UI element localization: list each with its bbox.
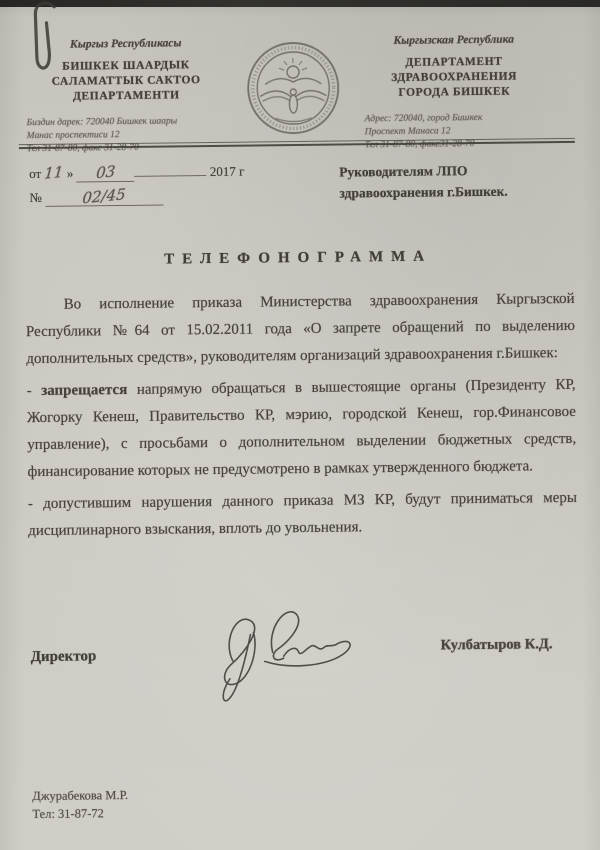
month-underline: 03	[76, 163, 134, 183]
handwritten-number: 02/45	[82, 185, 126, 207]
executor-name: Джурабекова М.Р.	[32, 786, 128, 805]
document-body: Во исполнение приказа Министерства здрав…	[26, 286, 578, 550]
kyrgyz-state-emblem	[243, 39, 344, 136]
country-name-kyrgyz: Кыргыз Республикасы	[22, 37, 230, 51]
body-paragraph-1: Во исполнение приказа Министерства здрав…	[26, 286, 576, 373]
signer-position: Директор	[31, 648, 97, 666]
date-line: от 11 » 03 2017 г	[29, 161, 299, 188]
executor-block: Джурабекова М.Р. Тел: 31-87-72	[32, 786, 128, 823]
scanned-document-page: Кыргыз Республикасы БИШКЕК ШААРДЫК САЛАМ…	[0, 0, 600, 850]
address-russian: Адрес: 720040, город Бишкек Проспект Ман…	[339, 110, 571, 153]
handwritten-month: 03	[95, 162, 115, 182]
address-kyrgyz: Биздин дарек: 720040 Бишкек шаары Манас …	[23, 114, 231, 156]
body-paragraph-3: - допустившим нарушения данного приказа …	[28, 485, 578, 545]
date-quote-mark: »	[67, 166, 74, 181]
addressee-block: Руководителям ЛПО здравоохранения г.Бишк…	[339, 160, 571, 204]
addressee-line2: здравоохранения г.Бишкек.	[339, 181, 571, 205]
number-underline: 02/45	[45, 187, 163, 207]
handwritten-day: 11	[44, 163, 64, 183]
country-name-russian: Кыргызская Республика	[338, 33, 570, 48]
org-name-russian: ДЕПАРТАМЕНТ ЗДРАВООХРАНЕНИЯ ГОРОДА БИШКЕ…	[338, 54, 571, 102]
handwritten-signature	[192, 595, 368, 712]
bold-prohibited-word: запрещается	[41, 382, 127, 399]
number-label: №	[29, 190, 42, 205]
blank-underline	[135, 175, 207, 177]
body-paragraph-2: - запрещается напрямую обращаться в выше…	[27, 372, 577, 486]
reference-block: от 11 » 03 2017 г № 02/45	[29, 161, 300, 212]
header-left-kyrgyz: Кыргыз Республикасы БИШКЕК ШААРДЫК САЛАМ…	[22, 37, 231, 157]
executor-phone: Тел: 31-87-72	[32, 804, 128, 823]
addressee-line1: Руководителям ЛПО	[339, 160, 571, 184]
org-name-kyrgyz: БИШКЕК ШААРДЫК САЛАМАТТЫК САКТОО ДЕПАРТА…	[22, 58, 231, 106]
header-right-russian: Кыргызская Республика ДЕПАРТАМЕНТ ЗДРАВО…	[338, 33, 571, 153]
document-content: Кыргыз Республикасы БИШКЕК ШААРДЫК САЛАМ…	[0, 0, 600, 850]
date-prefix: от	[29, 166, 41, 181]
number-line: № 02/45	[29, 185, 299, 212]
signer-name: Кулбатыров К.Д.	[440, 636, 552, 654]
document-title: ТЕЛЕФОНОГРАММА	[0, 247, 598, 271]
date-year: 2017 г	[210, 164, 245, 179]
